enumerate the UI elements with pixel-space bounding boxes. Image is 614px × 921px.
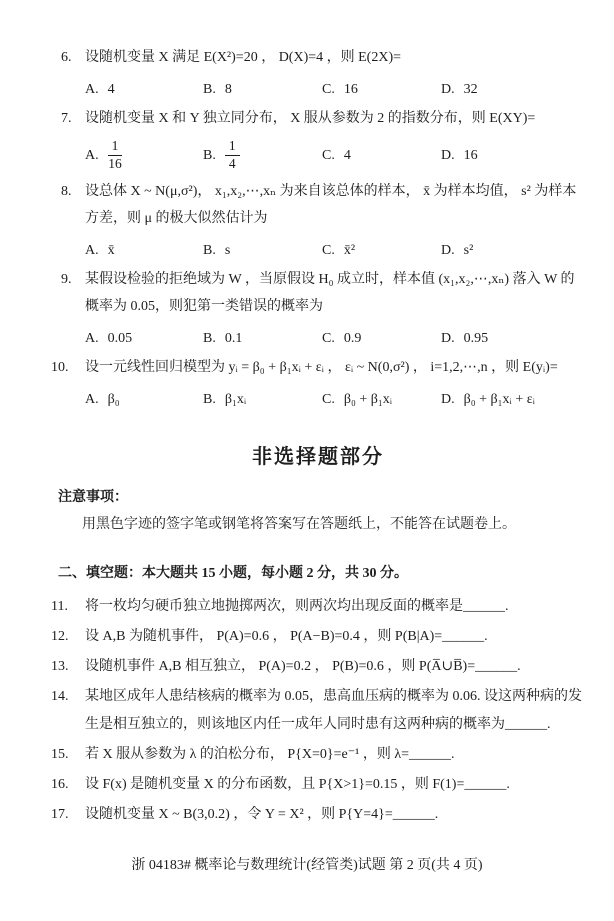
fraction-numerator: 1 [225, 139, 240, 156]
fraction-denominator: 16 [108, 156, 123, 172]
option-value: 0.05 [108, 325, 133, 352]
option-value: s² [464, 237, 474, 264]
option-value: 16 [344, 76, 358, 103]
question-stem: 设一元线性回归模型为 yᵢ = β₀ + β₁xᵢ + εᵢ ， εᵢ ~ N(… [85, 354, 588, 381]
option-label: B. [203, 237, 216, 264]
option-value: x̄² [344, 237, 355, 264]
question-14: 14.某地区成年人患结核病的概率为 0.05，患高血压病的概率为 0.06. 设… [51, 683, 588, 739]
option-label: A. [85, 386, 99, 413]
options-row: A. 116 B. 14 C.4 D.16 [85, 134, 588, 176]
option-label: D. [441, 325, 455, 352]
option-value: 4 [344, 142, 351, 169]
option-value: 0.1 [225, 325, 243, 352]
question-number: 15. [51, 741, 85, 769]
option-b: B.8 [203, 76, 322, 103]
option-value: 16 [464, 142, 478, 169]
option-label: D. [441, 76, 455, 103]
options-row: A.β₀ B.β₁xᵢ C.β₀ + β₁xᵢ D.β₀ + β₁xᵢ + εᵢ [85, 386, 588, 413]
option-d: D.16 [441, 142, 588, 169]
question-12: 12.设 A,B 为随机事件， P(A)=0.6 ， P(A−B)=0.4 ，则… [51, 623, 588, 651]
question-stem: 设随机变量 X 满足 E(X²)=20 ， D(X)=4 ，则 E(2X)= [85, 44, 588, 71]
question-8-line: 8. 设总体 X ~ N(μ,σ²)， x₁,x₂,⋯,xₙ 为来自该总体的样本… [61, 178, 588, 232]
option-c: C.4 [322, 142, 441, 169]
option-b: B. 14 [203, 139, 322, 172]
question-stem: 将一枚均匀硬币独立地抛掷两次，则两次均出现反面的概率是______. [85, 593, 588, 621]
fill-in-section: 11.将一枚均匀硬币独立地抛掷两次，则两次均出现反面的概率是______. 12… [48, 593, 588, 829]
option-label: C. [322, 142, 335, 169]
question-stem: 设总体 X ~ N(μ,σ²)， x₁,x₂,⋯,xₙ 为来自该总体的样本， x… [85, 178, 588, 232]
notice-title: 注意事项： [58, 484, 588, 511]
option-b: B.s [203, 237, 322, 264]
question-number: 17. [51, 801, 85, 829]
option-label: D. [441, 386, 455, 413]
question-stem: 设随机事件 A,B 相互独立， P(A)=0.2 ， P(B)=0.6 ，则 P… [85, 653, 588, 681]
notice-body: 用黑色字迹的签字笔或钢笔将答案写在答题纸上，不能答在试题卷上。 [82, 511, 588, 538]
option-value: β₁xᵢ [225, 386, 246, 413]
option-value: 8 [225, 76, 232, 103]
option-label: B. [203, 142, 216, 169]
question-stem: 设 F(x) 是随机变量 X 的分布函数，且 P{X>1}=0.15 ，则 F(… [85, 771, 588, 799]
section-heading: 非选择题部分 [48, 443, 588, 471]
option-value: 4 [108, 76, 115, 103]
question-stem: 若 X 服从参数为 λ 的泊松分布， P{X=0}=e⁻¹ ，则 λ=_____… [85, 741, 588, 769]
option-d: D.s² [441, 237, 588, 264]
fraction-numerator: 1 [108, 139, 123, 156]
option-label: C. [322, 76, 335, 103]
option-d: D.0.95 [441, 325, 588, 352]
question-6-line: 6. 设随机变量 X 满足 E(X²)=20 ， D(X)=4 ，则 E(2X)… [61, 44, 588, 71]
question-11: 11.将一枚均匀硬币独立地抛掷两次，则两次均出现反面的概率是______. [51, 593, 588, 621]
question-number: 11. [51, 593, 85, 621]
question-number: 9. [61, 266, 85, 320]
question-stem: 设 A,B 为随机事件， P(A)=0.6 ， P(A−B)=0.4 ，则 P(… [85, 623, 588, 651]
option-value: β₀ [108, 386, 120, 413]
notice: 注意事项： 用黑色字迹的签字笔或钢笔将答案写在答题纸上，不能答在试题卷上。 [58, 484, 588, 538]
option-label: A. [85, 76, 99, 103]
question-10: 10. 设一元线性回归模型为 yᵢ = β₀ + β₁xᵢ + εᵢ ， εᵢ … [51, 354, 588, 413]
option-value: s [225, 237, 230, 264]
option-a: A.0.05 [85, 325, 203, 352]
option-label: C. [322, 386, 335, 413]
exam-page: 6. 设随机变量 X 满足 E(X²)=20 ， D(X)=4 ，则 E(2X)… [0, 0, 614, 921]
fraction: 116 [108, 139, 123, 172]
question-15: 15.若 X 服从参数为 λ 的泊松分布， P{X=0}=e⁻¹ ，则 λ=__… [51, 741, 588, 769]
option-value: 32 [464, 76, 478, 103]
option-label: B. [203, 76, 216, 103]
question-7: 7. 设随机变量 X 和 Y 独立同分布， X 服从参数为 2 的指数分布，则 … [61, 105, 588, 176]
fraction-denominator: 4 [225, 156, 240, 172]
option-c: C.0.9 [322, 325, 441, 352]
option-d: D.32 [441, 76, 588, 103]
question-7-line: 7. 设随机变量 X 和 Y 独立同分布， X 服从参数为 2 的指数分布，则 … [61, 105, 588, 132]
option-a: A.x̄ [85, 237, 203, 264]
option-value: x̄ [108, 237, 115, 264]
option-a: A.4 [85, 76, 203, 103]
question-stem: 设随机变量 X ~ B(3,0.2) ，令 Y = X² ，则 P{Y=4}=_… [85, 801, 588, 829]
question-number: 13. [51, 653, 85, 681]
option-label: B. [203, 325, 216, 352]
question-17: 17.设随机变量 X ~ B(3,0.2) ，令 Y = X² ，则 P{Y=4… [51, 801, 588, 829]
question-number: 6. [61, 44, 85, 71]
options-row: A.0.05 B.0.1 C.0.9 D.0.95 [85, 325, 588, 352]
option-label: A. [85, 325, 99, 352]
question-stem: 设随机变量 X 和 Y 独立同分布， X 服从参数为 2 的指数分布，则 E(X… [85, 105, 588, 132]
option-c: C.x̄² [322, 237, 441, 264]
question-16: 16.设 F(x) 是随机变量 X 的分布函数，且 P{X>1}=0.15 ，则… [51, 771, 588, 799]
options-row: A.4 B.8 C.16 D.32 [85, 76, 588, 103]
option-label: A. [85, 142, 99, 169]
question-9-line: 9. 某假设检验的拒绝域为 W ，当原假设 H₀ 成立时，样本值 (x₁,x₂,… [61, 266, 588, 320]
question-number: 7. [61, 105, 85, 132]
mcq-section: 6. 设随机变量 X 满足 E(X²)=20 ， D(X)=4 ，则 E(2X)… [48, 44, 588, 413]
option-value: β₀ + β₁xᵢ [344, 386, 392, 413]
question-number: 12. [51, 623, 85, 651]
option-b: B.β₁xᵢ [203, 386, 322, 413]
question-8: 8. 设总体 X ~ N(μ,σ²)， x₁,x₂,⋯,xₙ 为来自该总体的样本… [61, 178, 588, 264]
option-b: B.0.1 [203, 325, 322, 352]
option-value: β₀ + β₁xᵢ + εᵢ [464, 386, 535, 413]
fill-in-section-header: 二、填空题：本大题共 15 小题，每小题 2 分，共 30 分。 [58, 560, 588, 587]
question-13: 13.设随机事件 A,B 相互独立， P(A)=0.2 ， P(B)=0.6 ，… [51, 653, 588, 681]
question-10-line: 10. 设一元线性回归模型为 yᵢ = β₀ + β₁xᵢ + εᵢ ， εᵢ … [51, 354, 588, 381]
question-number: 8. [61, 178, 85, 232]
fraction: 14 [225, 139, 240, 172]
question-number: 16. [51, 771, 85, 799]
option-label: C. [322, 237, 335, 264]
option-value: 0.95 [464, 325, 489, 352]
question-9: 9. 某假设检验的拒绝域为 W ，当原假设 H₀ 成立时，样本值 (x₁,x₂,… [61, 266, 588, 352]
question-stem: 某地区成年人患结核病的概率为 0.05，患高血压病的概率为 0.06. 设这两种… [85, 683, 588, 739]
option-c: C.β₀ + β₁xᵢ [322, 386, 441, 413]
question-number: 14. [51, 683, 85, 739]
question-number: 10. [51, 354, 85, 381]
question-6: 6. 设随机变量 X 满足 E(X²)=20 ， D(X)=4 ，则 E(2X)… [61, 44, 588, 103]
option-label: D. [441, 142, 455, 169]
option-label: C. [322, 325, 335, 352]
options-row: A.x̄ B.s C.x̄² D.s² [85, 237, 588, 264]
option-c: C.16 [322, 76, 441, 103]
option-d: D.β₀ + β₁xᵢ + εᵢ [441, 386, 588, 413]
page-footer: 浙 04183# 概率论与数理统计(经管类)试题 第 2 页(共 4 页) [0, 852, 614, 879]
option-label: B. [203, 386, 216, 413]
option-a: A. 116 [85, 139, 203, 172]
option-label: A. [85, 237, 99, 264]
option-value: 0.9 [344, 325, 362, 352]
option-a: A.β₀ [85, 386, 203, 413]
question-stem: 某假设检验的拒绝域为 W ，当原假设 H₀ 成立时，样本值 (x₁,x₂,⋯,x… [85, 266, 588, 320]
option-label: D. [441, 237, 455, 264]
